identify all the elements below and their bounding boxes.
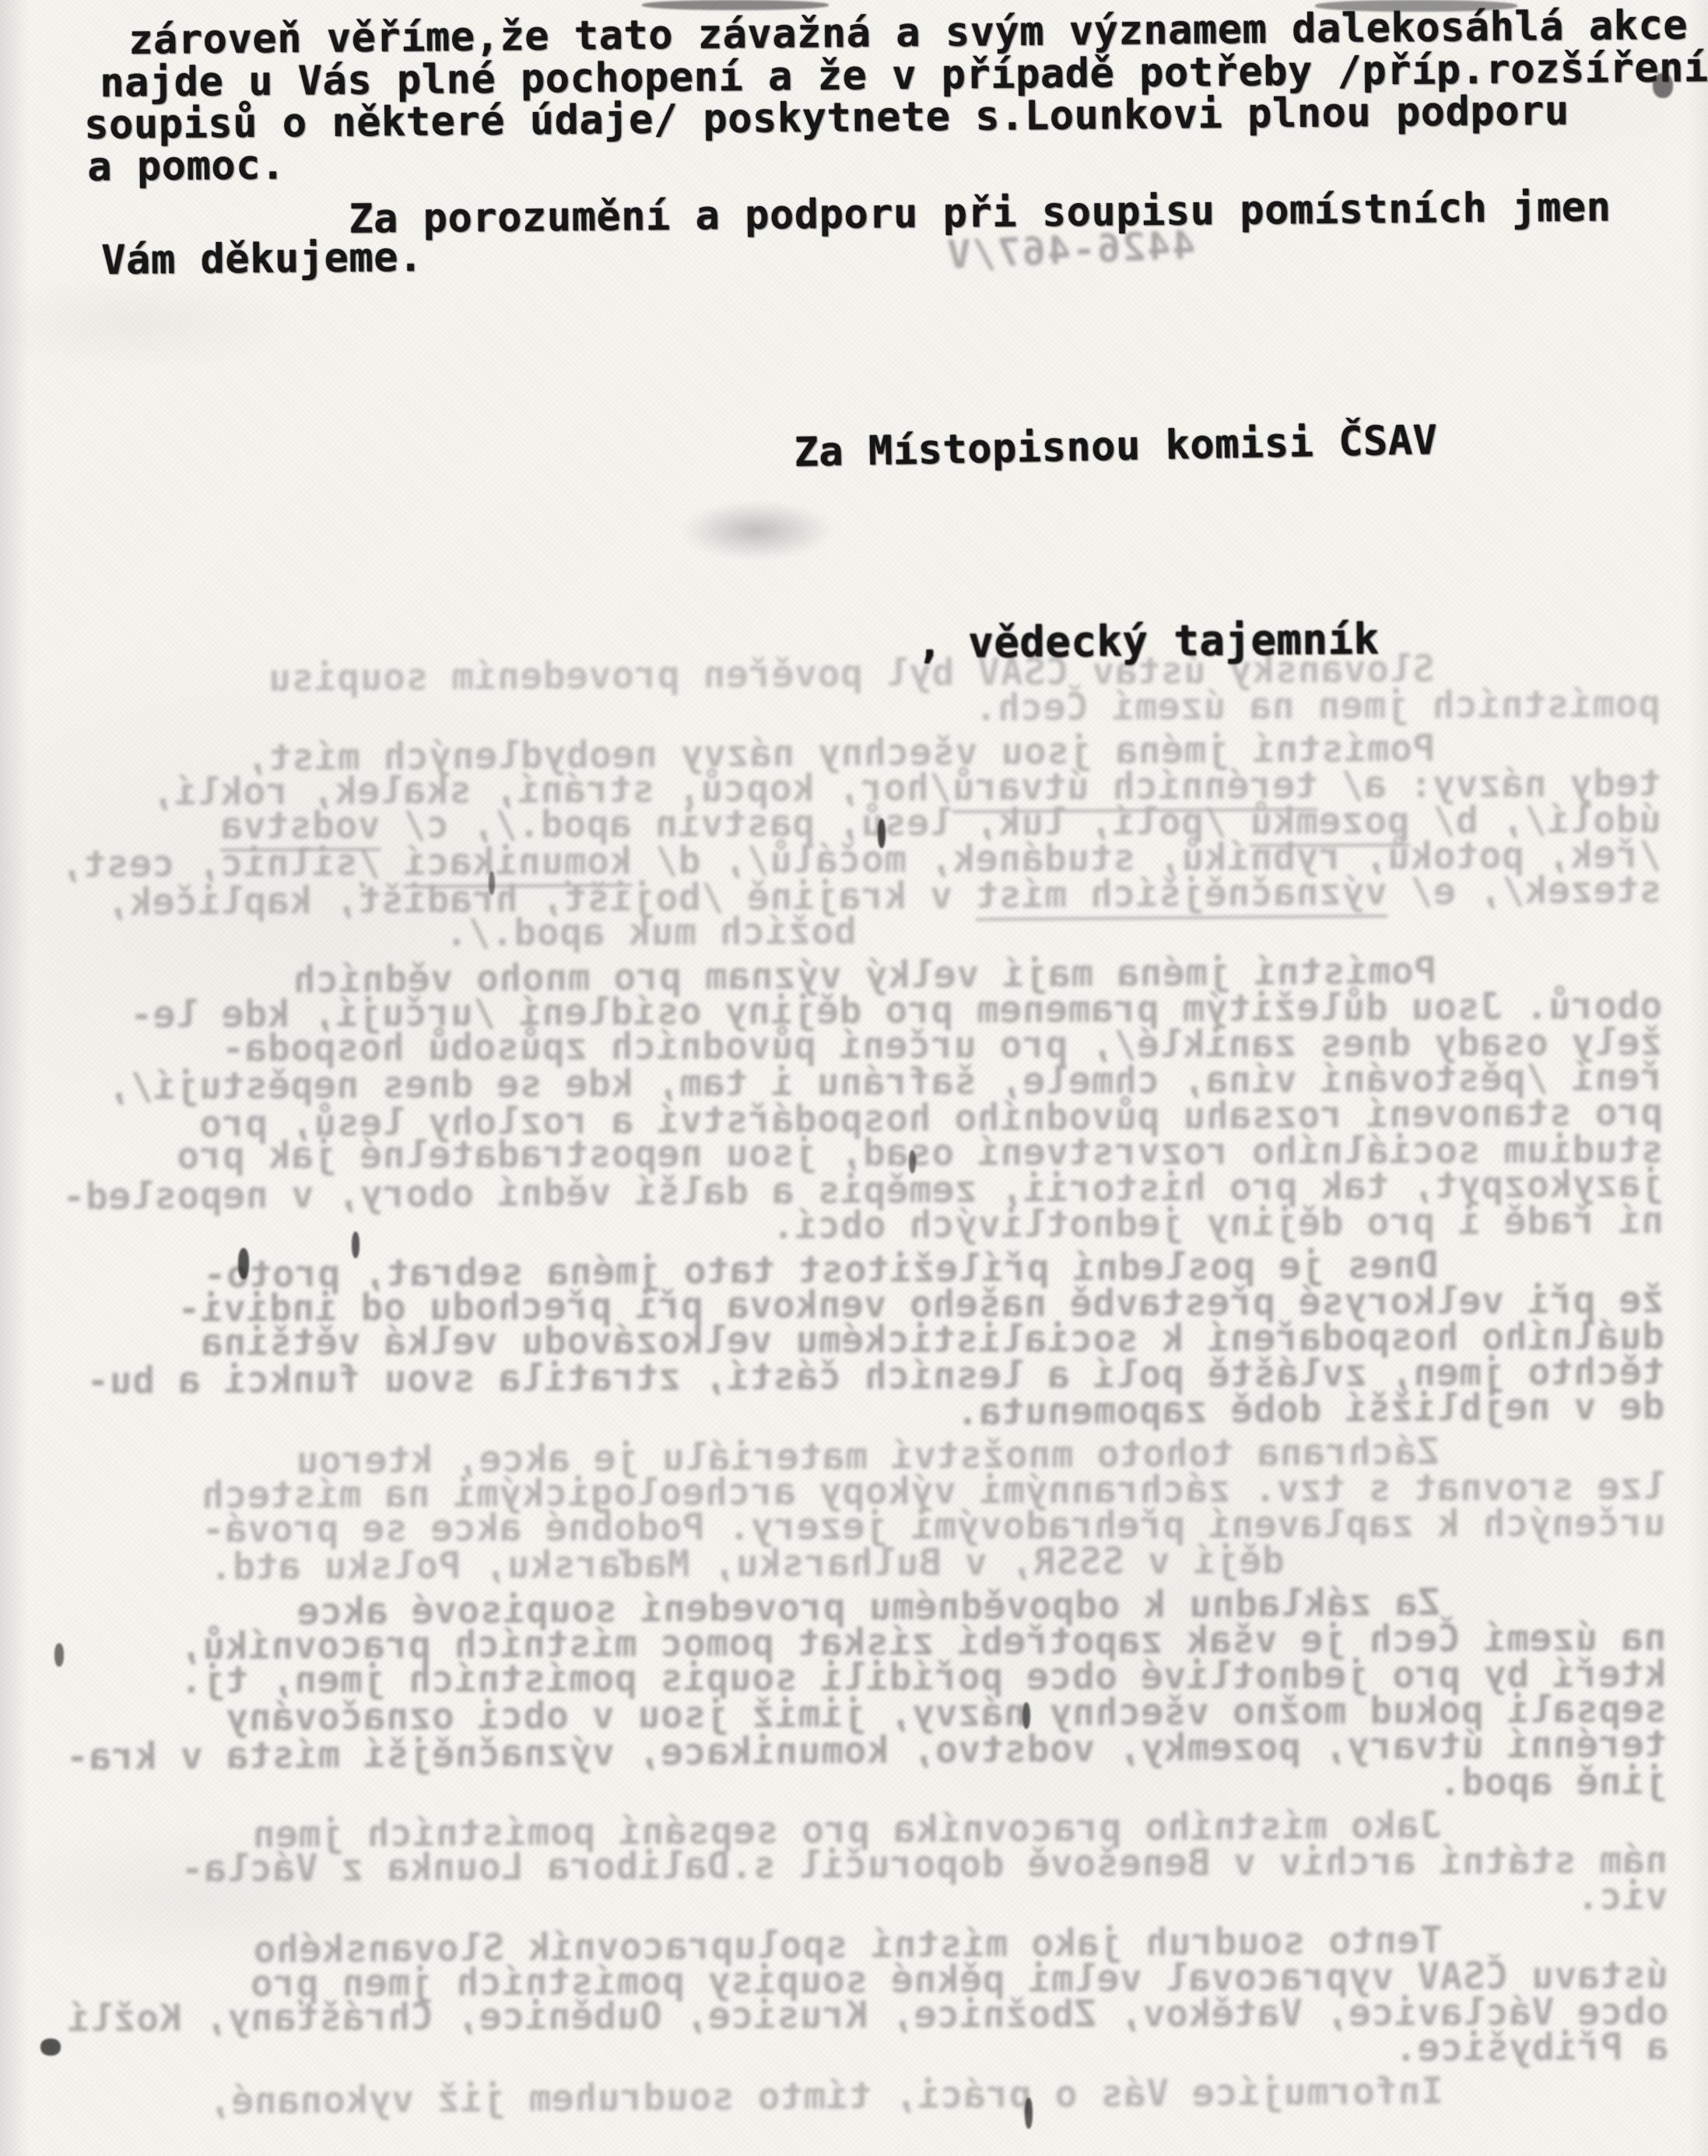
letter-line: Vám děkujeme. <box>101 234 423 284</box>
closing-committee-line: Za Místopisnou komisi ČSAV <box>794 417 1438 476</box>
letter-line: Za porozumění a podporu při soupisu pomí… <box>349 184 1612 243</box>
scanned-letter-page: Slovanský ústav ČSAV byl pověřen provede… <box>0 0 1708 2156</box>
closing-signature-title: , vědecký tajemník <box>917 615 1380 668</box>
recto-text-layer: zároveň věříme,že tato závažná a svým vý… <box>0 0 1708 2156</box>
letter-line: a pomoc. <box>87 142 286 191</box>
